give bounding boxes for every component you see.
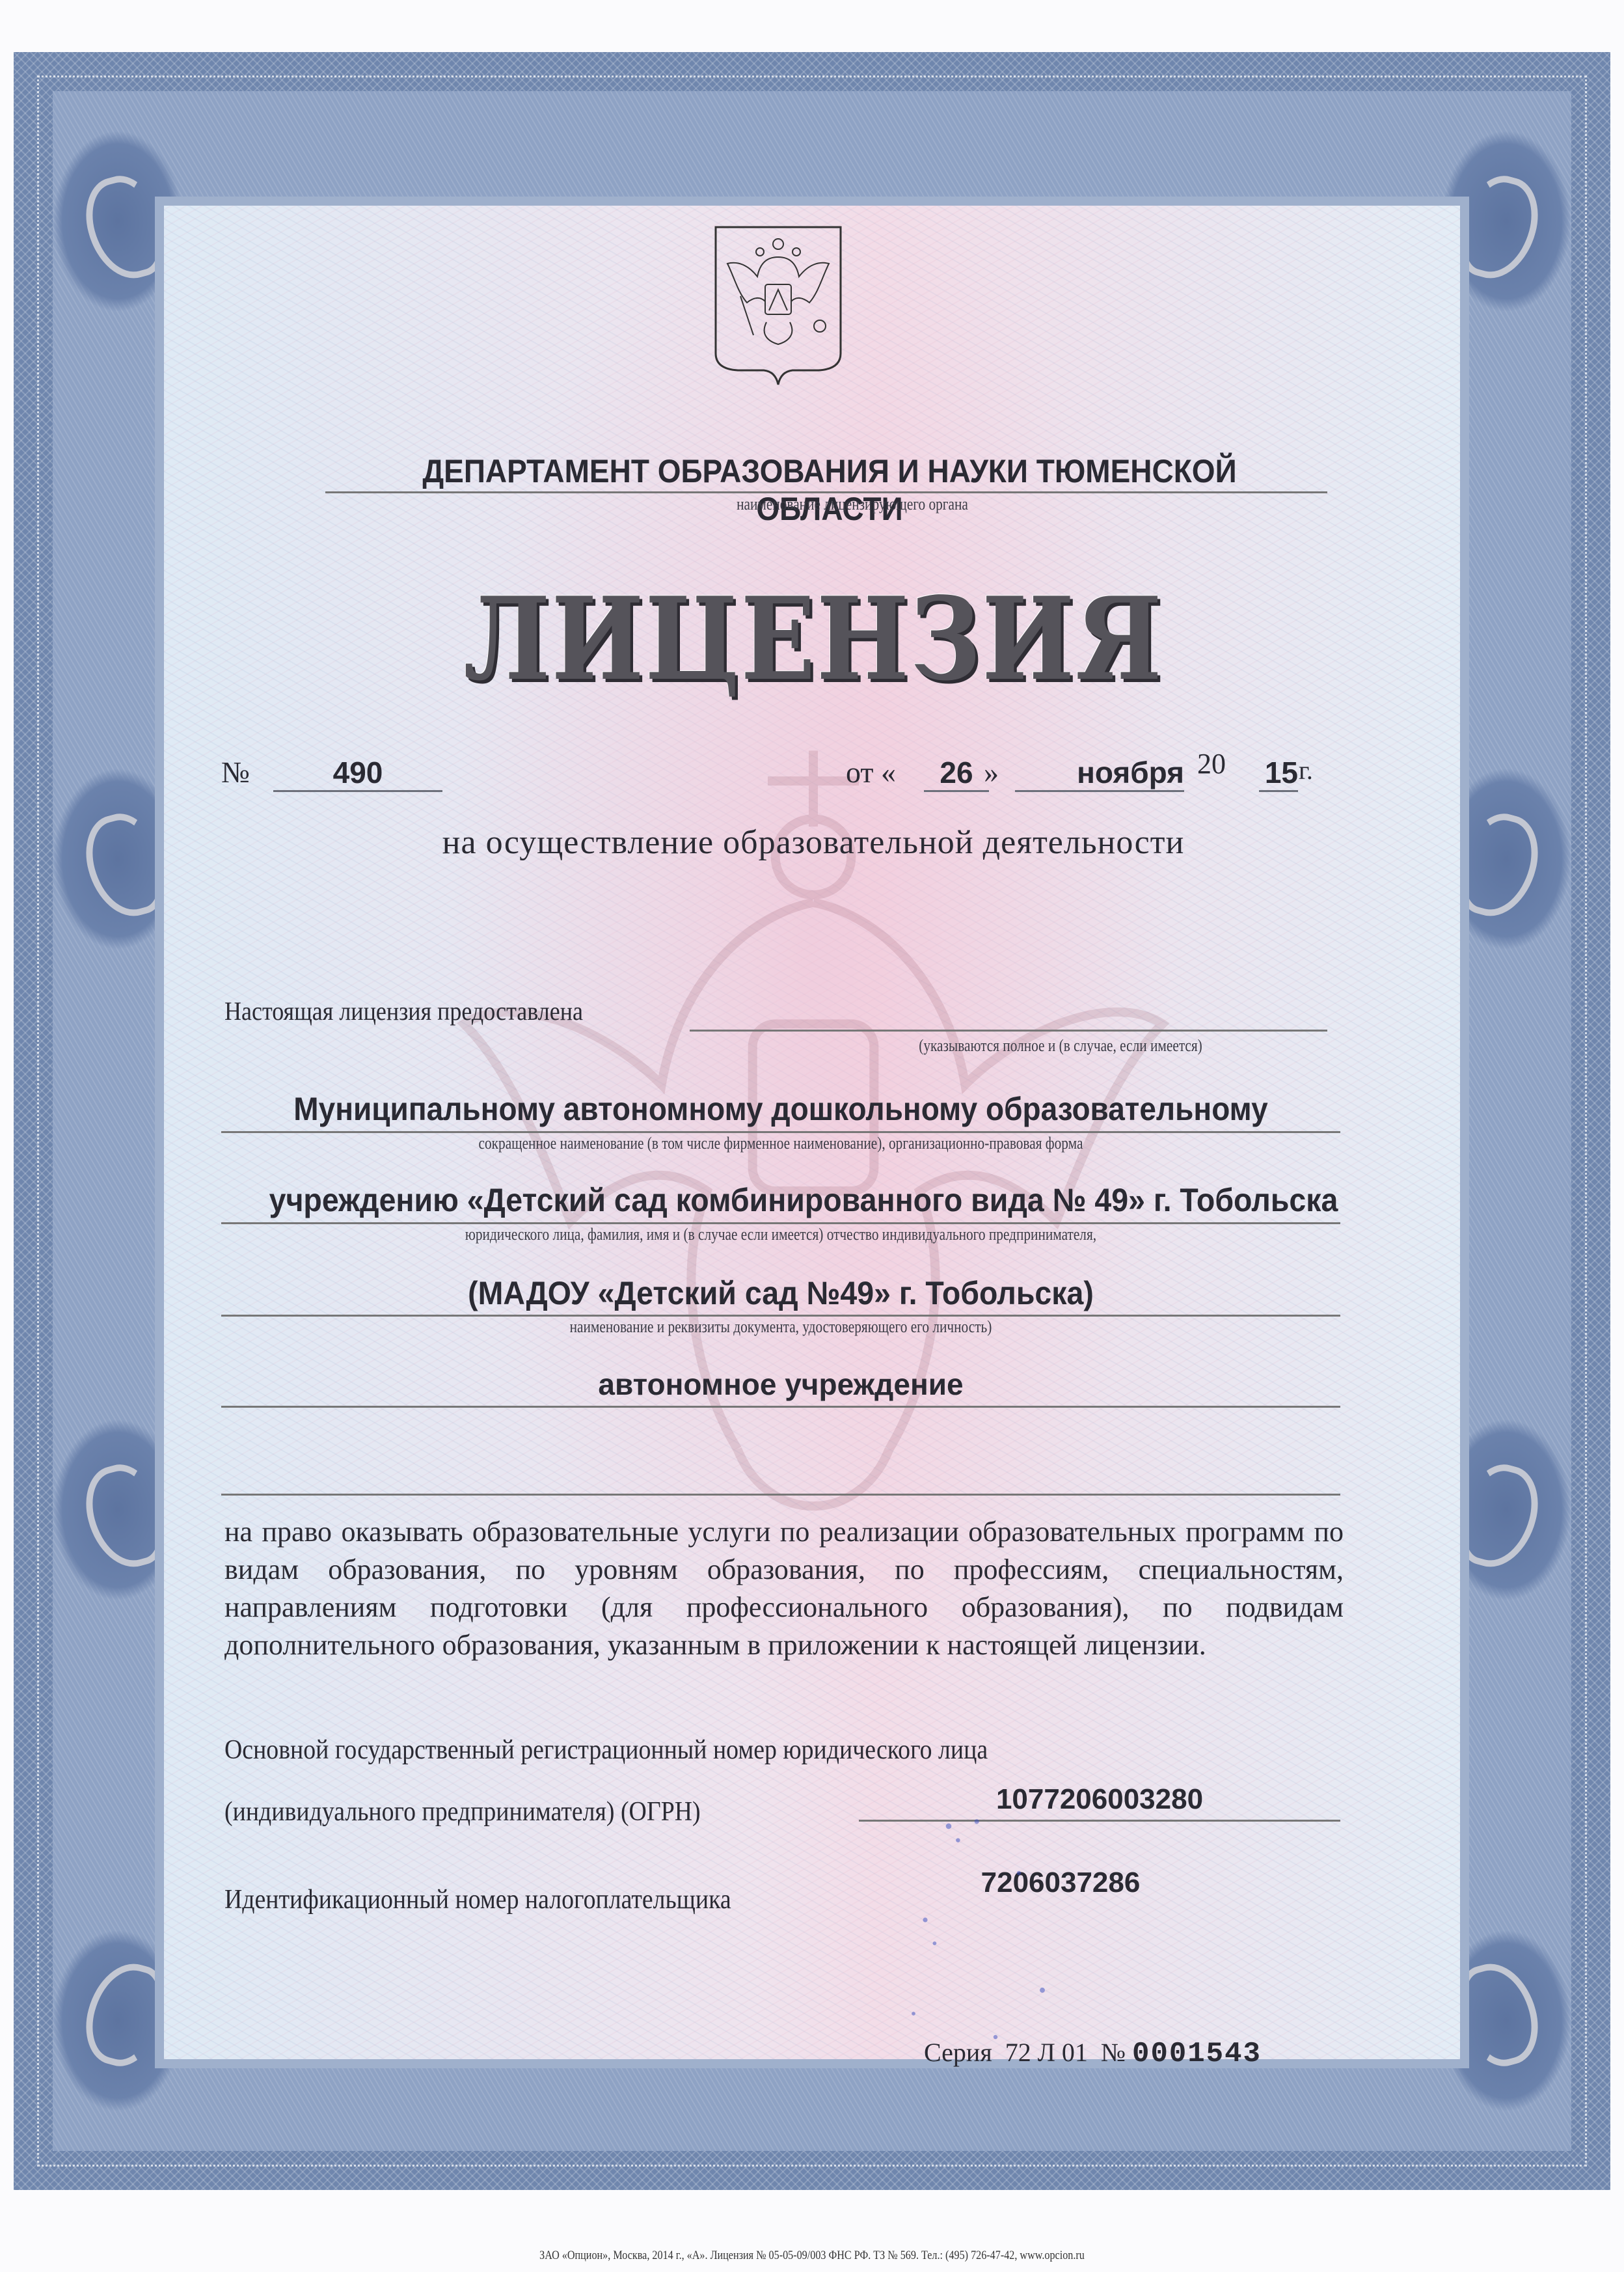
series-label: Серия	[924, 2038, 992, 2067]
licensee-caption-3: наименование и реквизиты документа, удос…	[332, 1317, 1229, 1337]
licensee-underline-3	[221, 1315, 1340, 1317]
ogrn-label-line-2: (индивидуального предпринимателя) (ОГРН)	[224, 1796, 701, 1827]
licensee-name-line-1: Муниципальному автономному дошкольному о…	[266, 1090, 1295, 1128]
ogrn-label-line-1: Основной государственный регистрационный…	[224, 1734, 988, 1766]
series-number-label: №	[1101, 2038, 1126, 2067]
license-rights-text: на право оказывать образовательные услуг…	[224, 1513, 1344, 1664]
inn-label: Идентификационный номер налогоплательщик…	[224, 1884, 731, 1915]
blank-series: Серия 72 Л 01 № 0001543	[924, 2037, 1262, 2070]
licensee-caption-2: юридического лица, фамилия, имя и (в слу…	[332, 1225, 1229, 1244]
series-value: 72 Л 01	[1005, 2038, 1088, 2067]
granted-to-caption: (указываются полное и (в случае, если им…	[884, 1036, 1236, 1056]
licensee-legal-form: автономное учреждение	[221, 1367, 1340, 1402]
licensee-caption-1: сокращенное наименование (в том числе фи…	[332, 1134, 1229, 1153]
stamp-mark-icon	[878, 1770, 1113, 2070]
date-day-suffix: »	[984, 755, 999, 789]
license-purpose: на осуществление образовательной деятель…	[195, 823, 1431, 862]
blank-underline	[221, 1494, 1340, 1496]
printer-footer: ЗАО «Опцион», Москва, 2014 г., «А». Лице…	[122, 2249, 1502, 2263]
series-number: 0001543	[1132, 2038, 1262, 2070]
license-number-label: №	[221, 755, 250, 789]
license-number: 490	[273, 755, 442, 792]
russian-coat-of-arms-icon	[714, 225, 842, 386]
date-century: 20	[1197, 747, 1226, 780]
date-day: 26	[924, 755, 989, 792]
date-year: 15	[1259, 755, 1298, 792]
document-title: ЛИЦЕНЗИЯ	[450, 573, 1177, 706]
licensee-short-name: (МАДОУ «Детский сад №49» г. Тобольска)	[260, 1274, 1301, 1312]
granted-to-underline	[690, 1030, 1327, 1032]
date-month: ноября	[1015, 755, 1184, 792]
legal-form-underline	[221, 1406, 1340, 1408]
date-year-suffix: г.	[1299, 755, 1313, 786]
licensee-underline-2	[221, 1222, 1340, 1224]
issuing-authority-caption: наименование лицензирующего органа	[559, 495, 1146, 514]
licensee-name-line-2: учреждению «Детский сад комбинированного…	[262, 1181, 1346, 1219]
issuing-authority: ДЕПАРТАМЕНТ ОБРАЗОВАНИЯ И НАУКИ ТЮМЕНСКО…	[369, 452, 1291, 528]
granted-to-label: Настоящая лицензия предоставлена	[224, 996, 583, 1026]
authority-underline	[325, 491, 1327, 493]
date-prefix: от «	[846, 755, 896, 789]
licensee-underline-1	[221, 1131, 1340, 1133]
